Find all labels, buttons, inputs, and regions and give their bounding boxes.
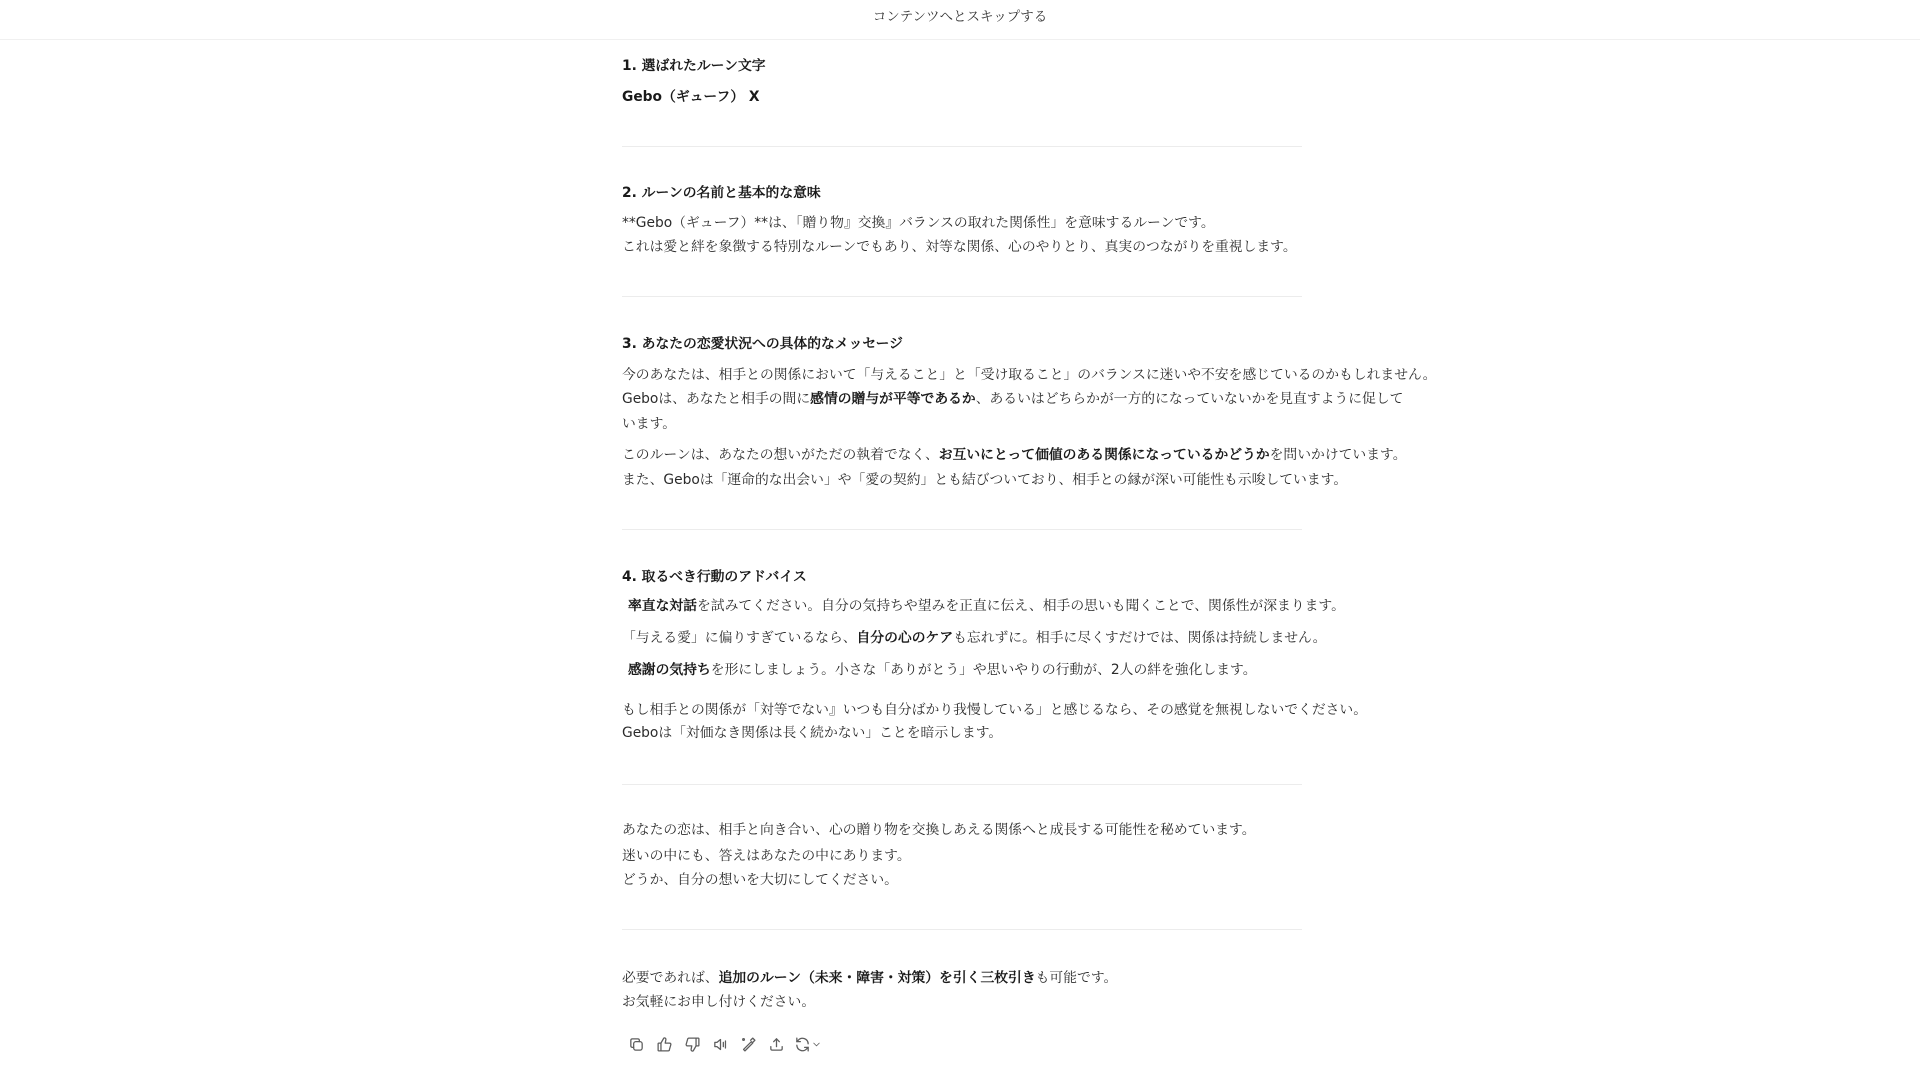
bold-text: 自分の心のケア <box>857 630 954 646</box>
text: 、あるいはどちらかが一方的になっていないかを見直すように促して <box>976 391 1404 407</box>
edit-button[interactable] <box>734 1033 762 1055</box>
divider <box>622 784 1302 785</box>
section-4-heading: 4. 取るべき行動のアドバイス <box>622 567 807 587</box>
paragraph-line: Geboは「対価なき関係は長く続かない」ことを暗示します。 <box>622 723 1002 743</box>
share-button[interactable] <box>762 1033 790 1055</box>
divider <box>622 529 1302 530</box>
divider <box>622 296 1302 297</box>
regenerate-button[interactable] <box>790 1033 826 1055</box>
bold-text: 率直な対話 <box>628 598 697 614</box>
chevron-down-icon <box>811 1039 822 1050</box>
text: も可能です。 <box>1036 970 1118 986</box>
text: を試みてください。自分の気持ちや望みを正直に伝え、相手の思いも聞くことで、関係性… <box>697 598 1345 614</box>
read-aloud-button[interactable] <box>706 1033 734 1055</box>
text: 「与える愛」に偏りすぎているなら、 <box>622 630 857 646</box>
paragraph-line: どうか、自分の想いを大切にしてください。 <box>622 870 898 890</box>
paragraph-line: このルーンは、あなたの想いがただの執着でなく、お互いにとって価値のある関係になっ… <box>622 445 1407 465</box>
paragraph-line: あなたの恋は、相手と向き合い、心の贈り物を交換しあえる関係へと成長する可能性を秘… <box>622 820 1256 840</box>
thumbs-down-button[interactable] <box>678 1033 706 1055</box>
edit-canvas-icon <box>740 1036 757 1053</box>
copy-icon <box>628 1036 645 1053</box>
skip-to-content-link[interactable]: コンテンツへとスキップする <box>0 5 1920 25</box>
paragraph-line: 迷いの中にも、答えはあなたの中にあります。 <box>622 846 911 866</box>
divider <box>622 929 1302 930</box>
paragraph-line: Geboは、あなたと相手の間に感情の贈与が平等であるか、あるいはどちらかが一方的… <box>622 389 1403 409</box>
text: 必要であれば、 <box>622 970 719 986</box>
message-actions <box>622 1033 826 1055</box>
advice-item: 率直な対話を試みてください。自分の気持ちや望みを正直に伝え、相手の思いも聞くこと… <box>622 596 1345 616</box>
read-aloud-icon <box>712 1036 729 1053</box>
text: を問いかけています。 <box>1270 447 1407 463</box>
thumbs-up-icon <box>656 1036 673 1053</box>
advice-item: 感謝の気持ちを形にしましょう。小さな「ありがとう」や思いやりの行動が、2人の絆を… <box>622 660 1257 680</box>
divider <box>622 146 1302 147</box>
paragraph-line: お気軽にお申し付けください。 <box>622 992 815 1012</box>
bold-text: 感情の贈与が平等であるか <box>810 391 976 407</box>
copy-button[interactable] <box>622 1033 650 1055</box>
paragraph-line: **Gebo（ギューフ）**は、「贈り物』交換』バランスの取れた関係性」を意味す… <box>622 213 1215 233</box>
text: を形にしましょう。小さな「ありがとう」や思いやりの行動が、2人の絆を強化します。 <box>711 662 1257 678</box>
text: Geboは、あなたと相手の間に <box>622 391 810 407</box>
rune-name: Gebo（ギューフ） X <box>622 87 760 107</box>
thumbs-down-icon <box>684 1036 701 1053</box>
paragraph-line: 今のあなたは、相手との関係において「与えること」と「受け取ること」のバランスに迷… <box>622 365 1436 385</box>
bold-text: お互いにとって価値のある関係になっているかどうか <box>939 447 1270 463</box>
top-bar: コンテンツへとスキップする <box>0 0 1920 40</box>
text: も忘れずに。相手に尽くすだけでは、関係は持続しません。 <box>953 630 1326 646</box>
section-1-heading: 1. 選ばれたルーン文字 <box>622 56 766 76</box>
bold-text: 追加のルーン（未来・障害・対策）を引く三枚引き <box>719 970 1036 986</box>
share-icon <box>768 1036 785 1053</box>
paragraph-line: います。 <box>622 414 676 434</box>
advice-item: 「与える愛」に偏りすぎているなら、自分の心のケアも忘れずに。相手に尽くすだけでは… <box>622 628 1326 648</box>
text: このルーンは、あなたの想いがただの執着でなく、 <box>622 447 939 463</box>
paragraph-line: また、Geboは「運命的な出会い」や「愛の契約」とも結びついており、相手との縁が… <box>622 470 1347 490</box>
paragraph-line: 必要であれば、追加のルーン（未来・障害・対策）を引く三枚引きも可能です。 <box>622 968 1117 988</box>
paragraph-line: もし相手との関係が「対等でない』いつも自分ばかり我慢している」と感じるなら、その… <box>622 700 1367 720</box>
paragraph-line: これは愛と絆を象徴する特別なルーンでもあり、対等な関係、心のやりとり、真実のつな… <box>622 237 1297 257</box>
regenerate-icon <box>794 1036 811 1053</box>
bold-text: 感謝の気持ち <box>628 662 711 678</box>
thumbs-up-button[interactable] <box>650 1033 678 1055</box>
section-2-heading: 2. ルーンの名前と基本的な意味 <box>622 183 821 203</box>
section-3-heading: 3. あなたの恋愛状況への具体的なメッセージ <box>622 334 903 354</box>
